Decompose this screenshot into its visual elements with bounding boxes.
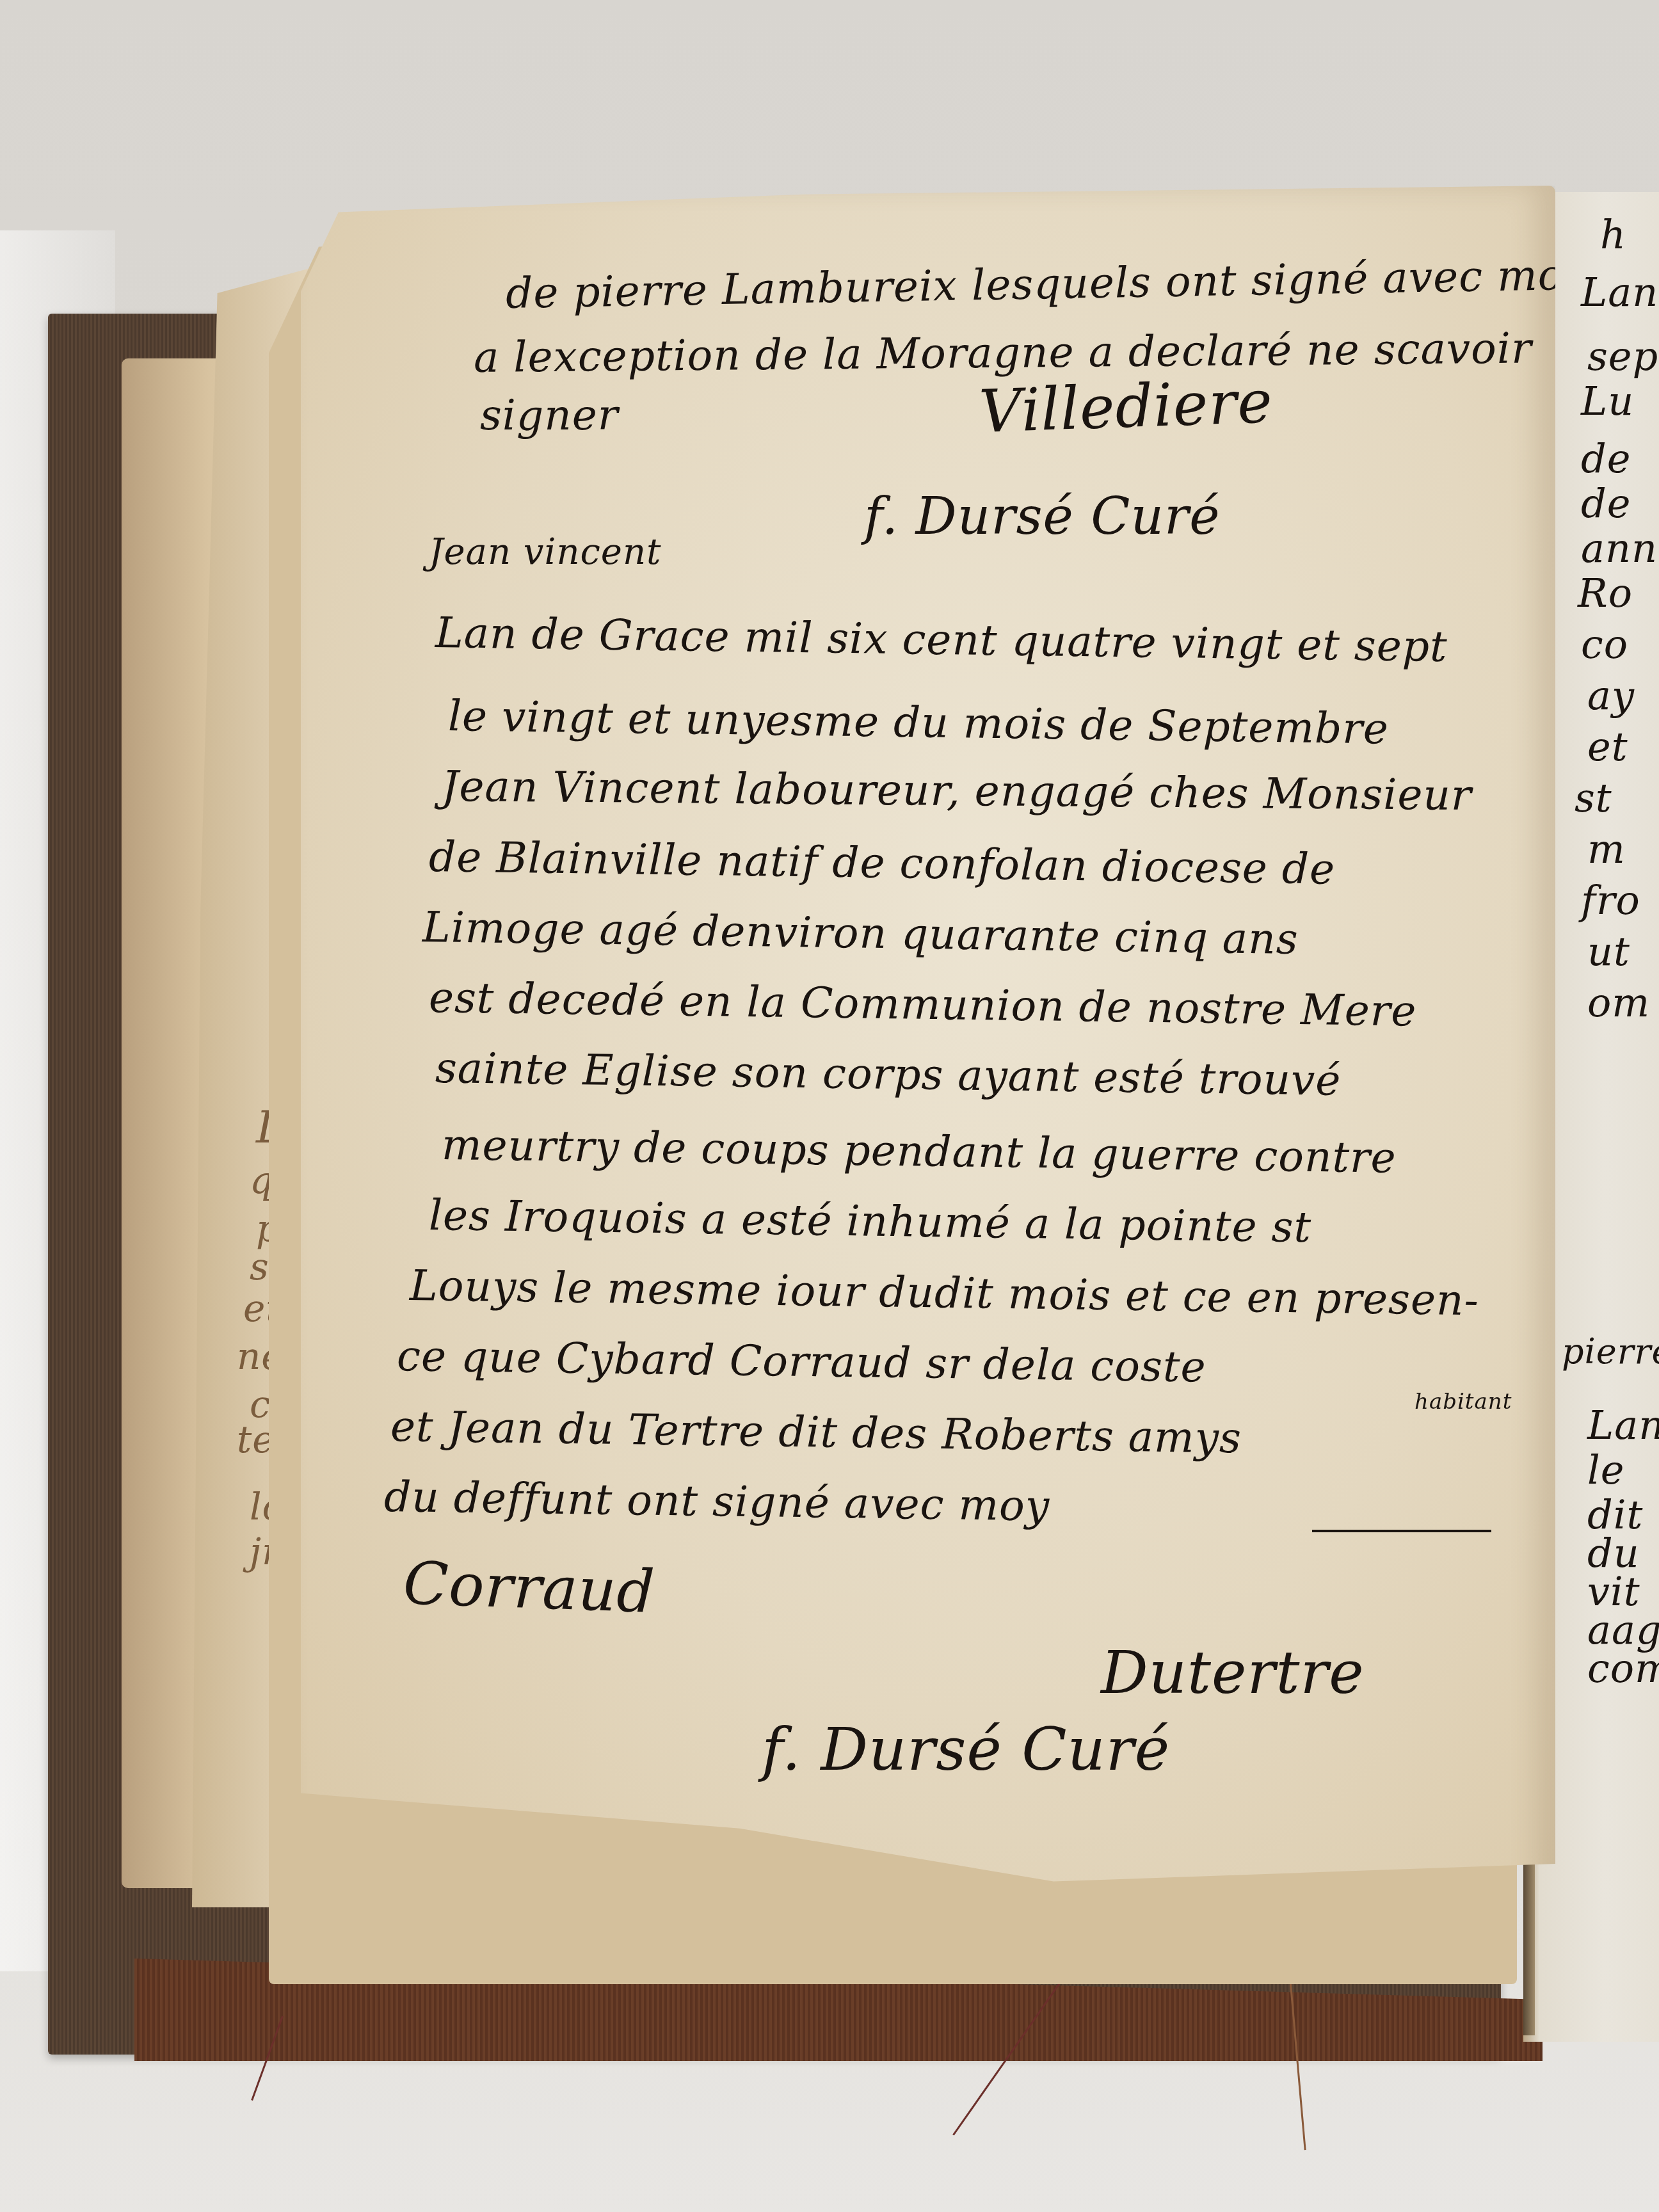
text-line: de pierre Lambureix lesquels ont signé a… xyxy=(505,250,1589,318)
right-fragment: ann xyxy=(1581,525,1658,572)
text-line: Jean Vincent laboureur, engagé ches Mons… xyxy=(442,762,1472,820)
text-line: du deffunt ont signé avec moy xyxy=(383,1472,1050,1531)
text-line: meurtry de coups pendant la guerre contr… xyxy=(441,1120,1397,1183)
signature-curate: f. Dursé Curé xyxy=(762,1715,1170,1784)
right-fragment: et xyxy=(1587,723,1628,770)
right-fragment: st xyxy=(1575,774,1612,821)
text-line: sainte Eglise son corps ayant esté trouv… xyxy=(435,1043,1341,1105)
text-line: et Jean du Tertre dit des Roberts amys xyxy=(390,1402,1242,1463)
signature-dutertre: Dutertre xyxy=(1101,1639,1365,1707)
text-line: les Iroquois a esté inhumé a la pointe s… xyxy=(428,1190,1311,1252)
right-fragment: fro xyxy=(1581,877,1640,924)
right-fragment: ut xyxy=(1587,928,1630,975)
text-line: signer xyxy=(480,390,618,440)
closing-line-rule xyxy=(1312,1530,1491,1532)
text-line: a lexception de la Moragne a declaré ne … xyxy=(474,324,1532,382)
text-line: Louys le mesme iour dudit mois et ce en … xyxy=(409,1261,1479,1325)
right-fragment: ay xyxy=(1587,672,1635,719)
text-line: est decedé en la Communion de nostre Mer… xyxy=(428,973,1416,1036)
right-page-fragments: h Lan sep Lu de de ann Ro co ay et st m … xyxy=(1562,211,1659,2003)
signature-curate: f. Dursé Curé xyxy=(864,486,1221,546)
signature-corraud: Corraud xyxy=(402,1549,656,1626)
text-line: de Blainville natif de confolan diocese … xyxy=(428,832,1335,894)
right-fragment: le xyxy=(1587,1447,1625,1493)
right-fragment: Ro xyxy=(1578,570,1633,616)
right-fragment: com xyxy=(1587,1645,1659,1692)
margin-name: Jean vincent xyxy=(429,531,662,573)
text-line: Lan de Grace mil six cent quatre vingt e… xyxy=(435,608,1448,671)
text-line: le vingt et unyesme du mois de Septembre xyxy=(447,691,1389,754)
right-fragment: Lan xyxy=(1581,269,1658,316)
right-fragment: sep xyxy=(1587,333,1658,380)
text-line: Limoge agé denviron quarante cinq ans xyxy=(422,902,1299,964)
right-fragment: de xyxy=(1581,435,1631,482)
interlinear-insertion: habitant xyxy=(1415,1389,1512,1415)
right-fragment: om xyxy=(1587,979,1650,1026)
right-fragment: pierre xyxy=(1562,1331,1659,1372)
right-fragment: m xyxy=(1587,826,1626,872)
signature-villediere: Villediere xyxy=(978,367,1274,446)
text-line: ce que Cybard Corraud sr dela coste xyxy=(396,1331,1206,1392)
right-fragment: de xyxy=(1581,480,1631,527)
right-fragment: Lan xyxy=(1587,1402,1659,1448)
right-fragment: Lu xyxy=(1581,378,1634,424)
right-fragment: co xyxy=(1581,621,1628,668)
main-manuscript-page: de pierre Lambureix lesquels ont signé a… xyxy=(301,186,1555,1952)
right-fragment: h xyxy=(1600,211,1626,258)
